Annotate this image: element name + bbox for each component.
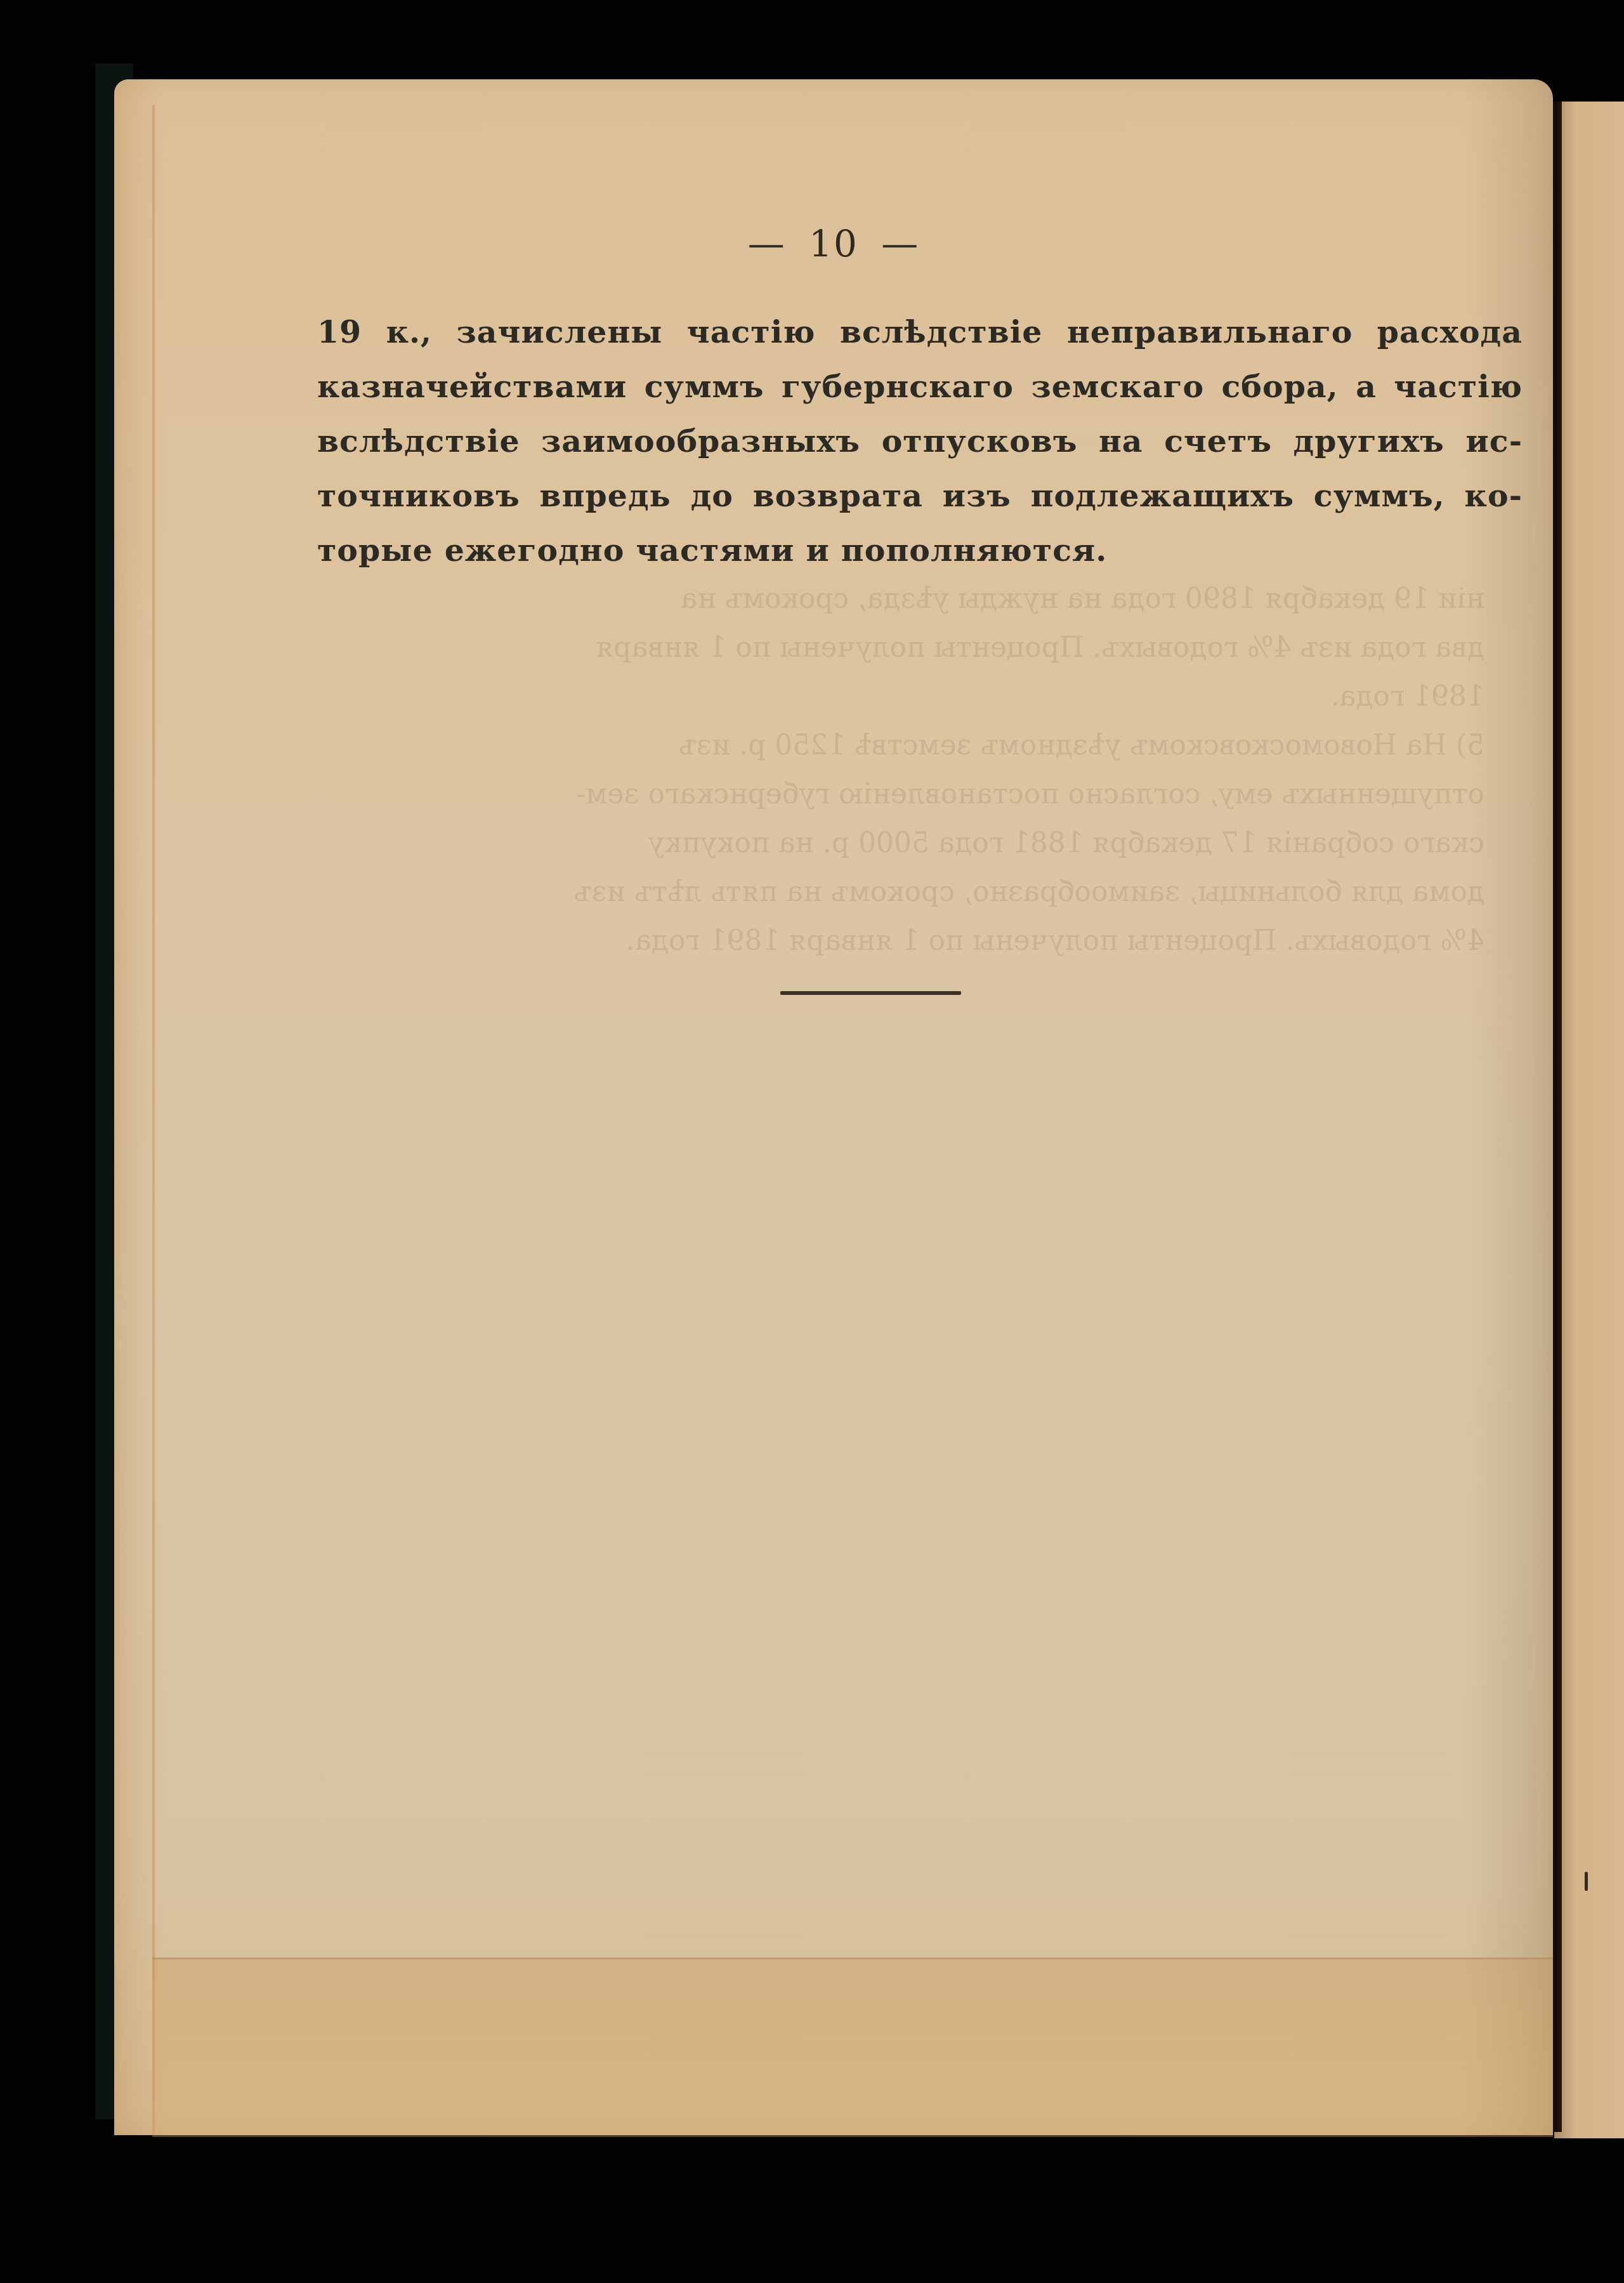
bleed-line: 4% годовыхъ. Проценты получены по 1 янва… (343, 916, 1484, 965)
sheet-fold-bottom (152, 1957, 1553, 2137)
paragraph-line: торые ежегодно частями и пополняются. (317, 523, 1522, 577)
section-divider (780, 991, 961, 995)
bleed-line: 5) На Новомосковскомъ уѣздномъ земствѣ 1… (343, 721, 1484, 770)
bleed-line: дома для больницы, заимообразно, срокомъ… (343, 867, 1484, 916)
bleed-line: отпущенныхъ ему, согласно постановленію … (343, 770, 1484, 819)
paragraph-line: 19 к., зачислены частію вслѣдствіе непра… (317, 305, 1522, 359)
paragraph: 19 к., зачислены частію вслѣдствіе непра… (317, 305, 1522, 577)
page-number: — 10 — (114, 222, 1553, 265)
paragraph-line: вслѣдствіе заимообразныхъ отпусковъ на с… (317, 414, 1522, 468)
bleed-line: два года изъ 4% годовыхъ. Проценты получ… (343, 623, 1484, 672)
adjacent-page (1554, 102, 1624, 2138)
ink-mark (1585, 1872, 1588, 1891)
paragraph-line: казначействами суммъ губернскаго земскаг… (317, 359, 1522, 414)
bleed-through-text: ніи 19 декабря 1890 года на нужды уѣзда,… (343, 574, 1484, 965)
paragraph-line: точниковъ впредь до возврата изъ подлежа… (317, 468, 1522, 523)
sheet-fold-left (152, 105, 155, 2135)
document-page: ніи 19 декабря 1890 года на нужды уѣзда,… (114, 79, 1553, 2135)
bleed-line: скаго собранія 17 декабря 1881 года 5000… (343, 819, 1484, 867)
bleed-line: 1891 года. (343, 672, 1484, 721)
bleed-line: ніи 19 декабря 1890 года на нужды уѣзда,… (343, 574, 1484, 623)
